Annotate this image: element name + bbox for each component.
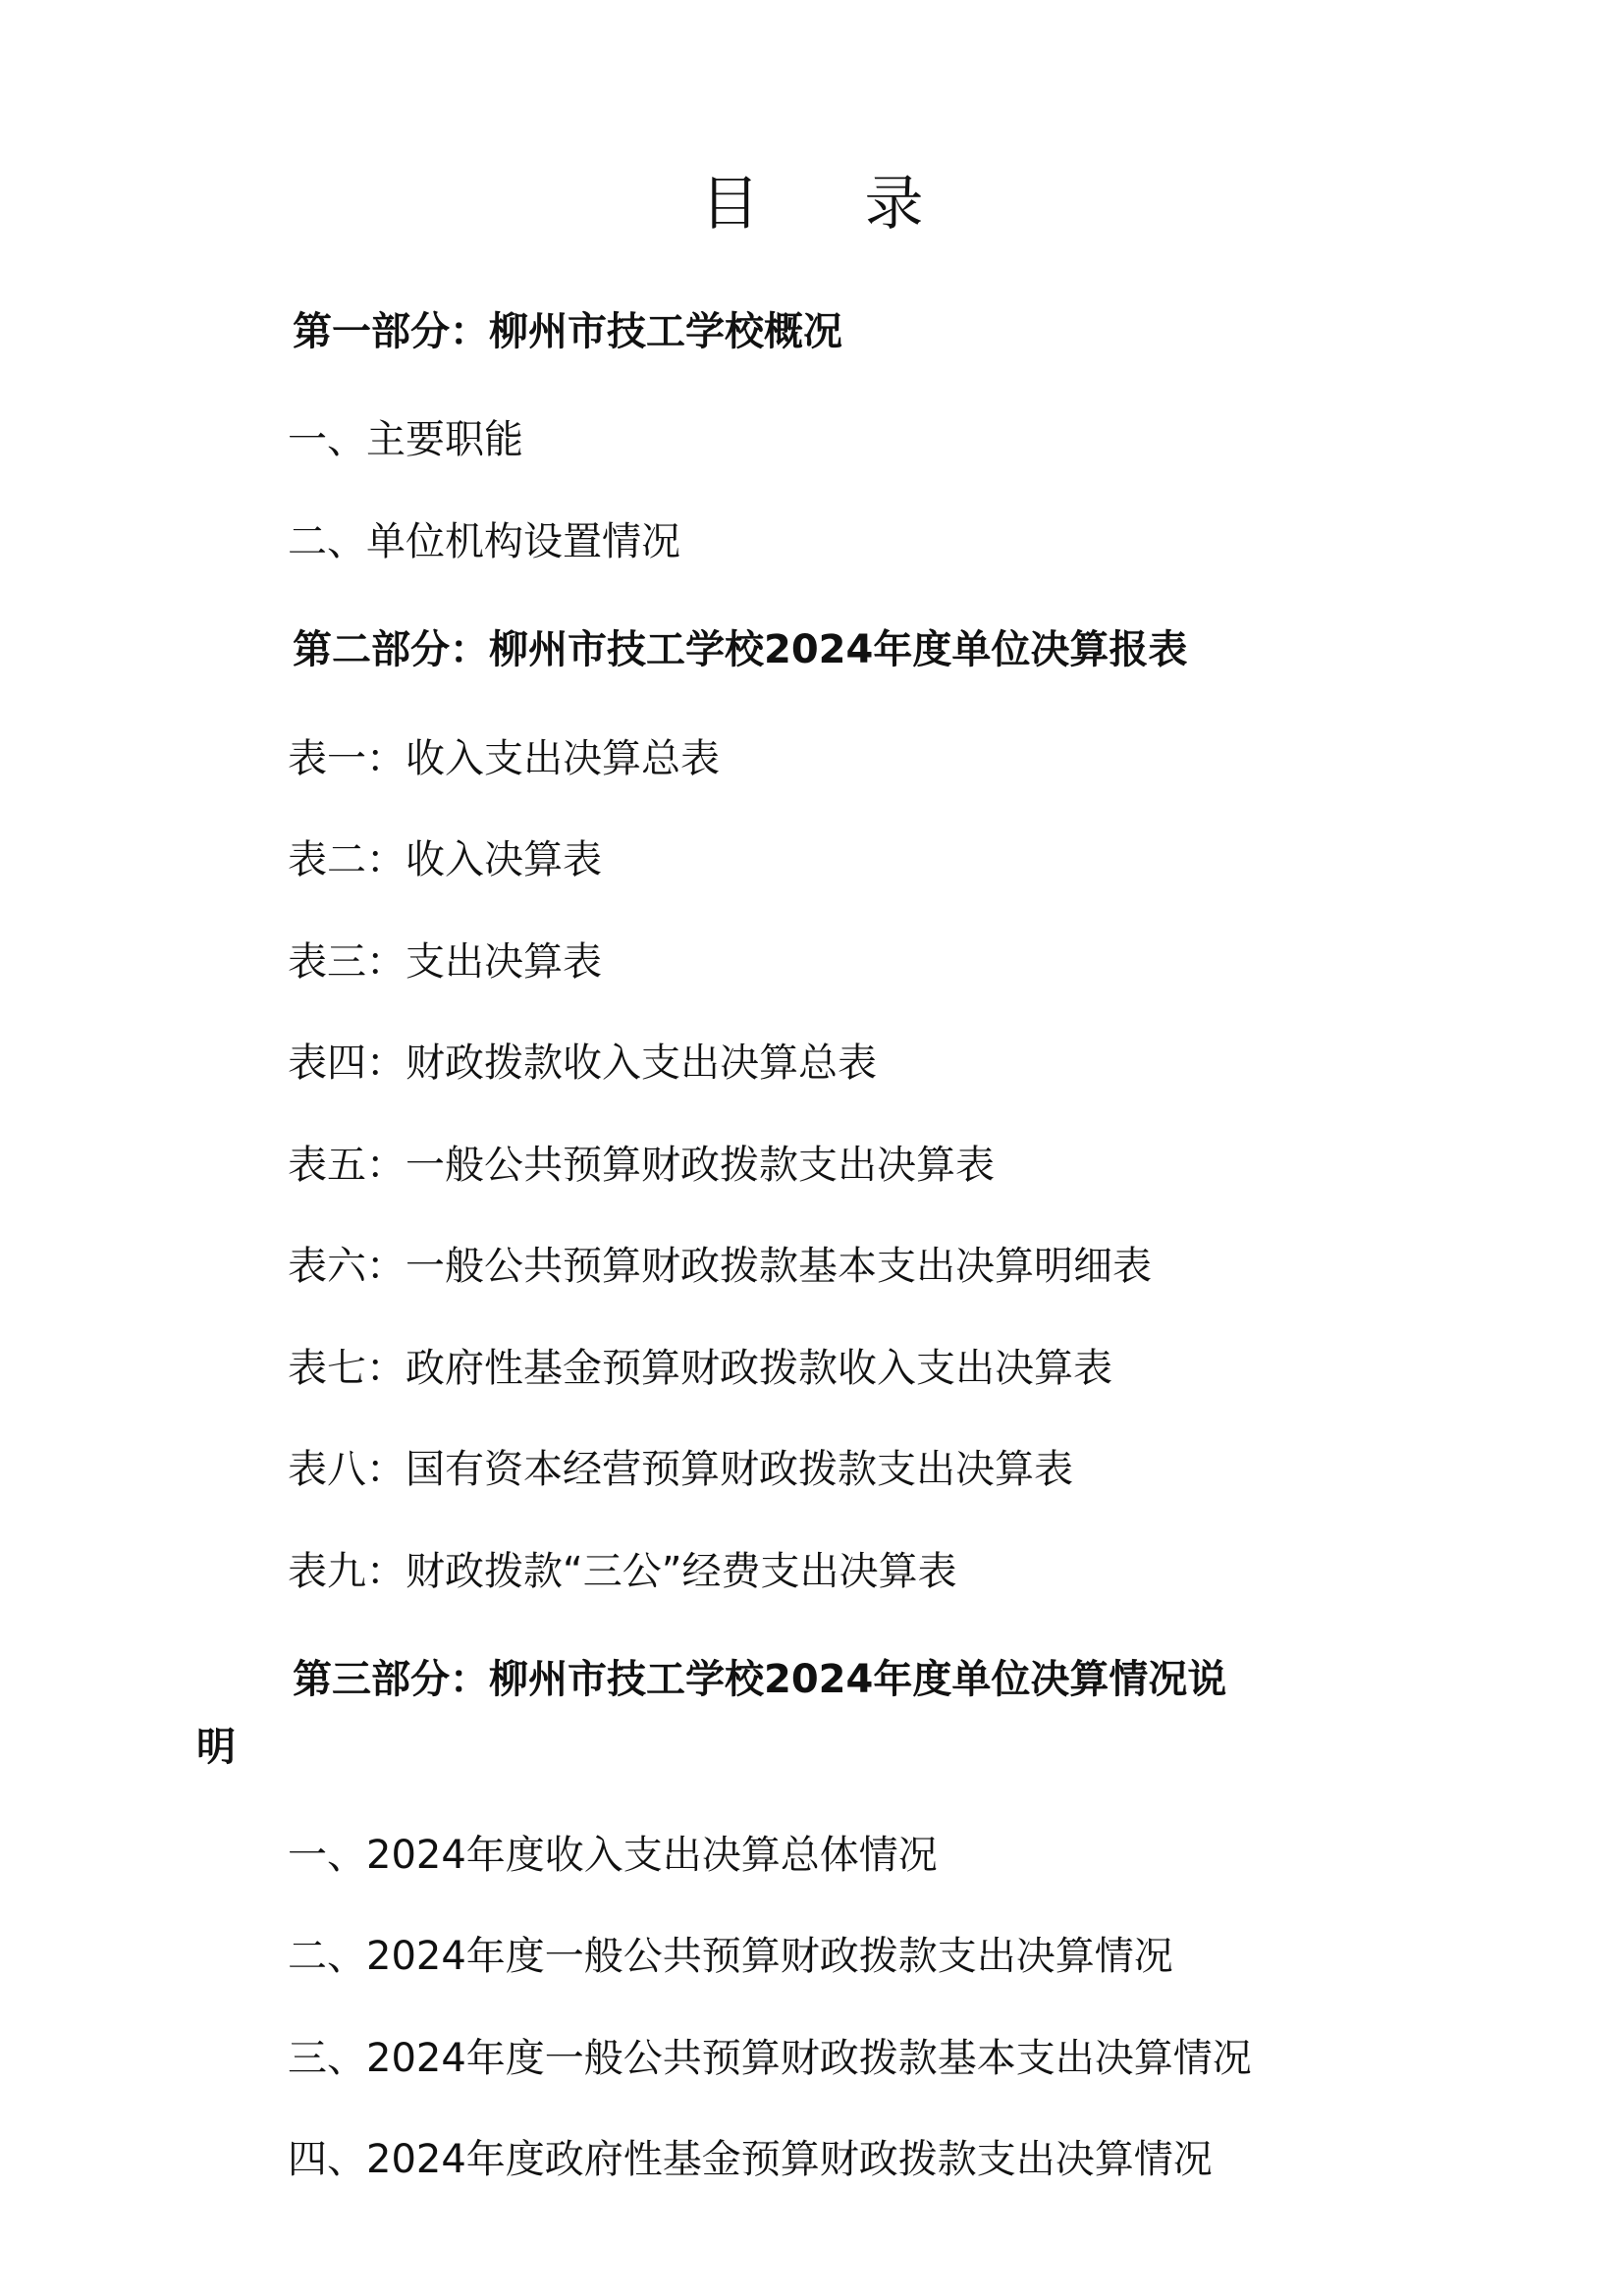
toc-item-organization[interactable]: 二、单位机构设置情况 bbox=[288, 522, 680, 561]
toc-item-table-4[interactable]: 表四：财政拨款收入支出决算总表 bbox=[288, 1043, 877, 1083]
toc-part-1-heading[interactable]: 第一部分：柳州市技工学校概况 bbox=[293, 312, 842, 351]
toc-item-table-7[interactable]: 表七：政府性基金预算财政拨款收入支出决算表 bbox=[288, 1349, 1112, 1388]
toc-item-overall-income-expense[interactable]: 一、2024年度收入支出决算总体情况 bbox=[288, 1836, 938, 1875]
toc-item-table-3[interactable]: 表三：支出决算表 bbox=[288, 942, 602, 982]
toc-item-table-1[interactable]: 表一：收入支出决算总表 bbox=[288, 739, 720, 778]
toc-item-table-6[interactable]: 表六：一般公共预算财政拨款基本支出决算明细表 bbox=[288, 1247, 1152, 1286]
toc-item-table-5[interactable]: 表五：一般公共预算财政拨款支出决算表 bbox=[288, 1146, 995, 1185]
toc-item-government-fund-expense[interactable]: 四、2024年度政府性基金预算财政拨款支出决算情况 bbox=[288, 2140, 1213, 2179]
page-title: 目 录 bbox=[0, 157, 1624, 241]
toc-item-table-2[interactable]: 表二：收入决算表 bbox=[288, 840, 602, 880]
toc-item-table-9[interactable]: 表九：财政拨款“三公”经费支出决算表 bbox=[288, 1552, 956, 1591]
toc-item-table-8[interactable]: 表八：国有资本经营预算财政拨款支出决算表 bbox=[288, 1450, 1073, 1489]
toc-part-2-heading[interactable]: 第二部分：柳州市技工学校2024年度单位决算报表 bbox=[293, 630, 1187, 669]
toc-part-3-heading[interactable]: 第三部分：柳州市技工学校2024年度单位决算情况说 bbox=[293, 1660, 1226, 1699]
toc-part-3-heading-wrap[interactable]: 明 bbox=[196, 1728, 236, 1767]
toc-page: 目 录 第一部分：柳州市技工学校概况 一、主要职能 二、单位机构设置情况 第二部… bbox=[0, 0, 1624, 2296]
toc-item-main-functions[interactable]: 一、主要职能 bbox=[288, 420, 523, 459]
toc-item-general-budget-expense[interactable]: 二、2024年度一般公共预算财政拨款支出决算情况 bbox=[288, 1937, 1173, 1976]
toc-item-general-budget-basic-expense[interactable]: 三、2024年度一般公共预算财政拨款基本支出决算情况 bbox=[288, 2039, 1252, 2078]
